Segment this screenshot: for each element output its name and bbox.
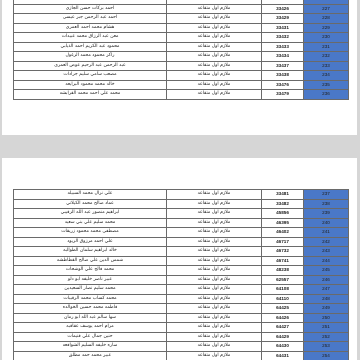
rank-cell: ملازم اول متقاعد	[167, 266, 262, 276]
rank-cell: ملازم اول متقاعد	[167, 4, 262, 14]
index-cell: 236	[304, 90, 349, 100]
rank-cell: ملازم اول متقاعد	[167, 237, 262, 247]
index-cell: 233	[304, 61, 349, 71]
name-cell: عماد صالح محمد الكيلاني	[14, 199, 167, 209]
id-cell: 33431	[262, 23, 304, 33]
index-cell: 241	[304, 228, 349, 238]
name-cell: محمود عبد الكريم احمد الذيابي	[14, 42, 167, 52]
name-cell: احمد عبد الرحمن جبر عيسى	[14, 14, 167, 24]
id-cell: 64426	[262, 313, 304, 323]
index-cell: 229	[304, 23, 349, 33]
rank-cell: ملازم اول متقاعد	[167, 33, 262, 43]
index-cell: 253	[304, 342, 349, 352]
table-row: علي احمد مرزوق الزيود ملازم اول متقاعد 4…	[14, 237, 349, 247]
index-cell: 230	[304, 33, 349, 43]
rank-cell: ملازم اول متقاعد	[167, 247, 262, 257]
name-cell: فاطمه محمد حسين الخوالده	[14, 304, 167, 314]
table-row: حنين جمال علي قنيمات ملازم اول متقاعد 64…	[14, 332, 349, 342]
id-cell: 64429	[262, 332, 304, 342]
name-cell: محمد سليم نصار السعيدين	[14, 285, 167, 295]
table-row: احمد بركات حسن الجازي ملازم اول متقاعد 3…	[14, 4, 349, 14]
index-cell: 246	[304, 275, 349, 285]
rank-cell: ملازم اول متقاعد	[167, 23, 262, 33]
index-cell: 239	[304, 209, 349, 219]
name-cell: مصعب سامي سليم جرادات	[14, 71, 167, 81]
table-row: احمد عبد الرحمن جبر عيسى ملازم اول متقاع…	[14, 14, 349, 24]
id-cell: 46732	[262, 247, 304, 257]
document-page-2: علي نزال محمد السبيله ملازم اول متقاعد 3…	[2, 158, 357, 360]
id-cell: 33438	[262, 71, 304, 81]
name-cell: ابراهيم منصور عبد الله الزقيبي	[14, 209, 167, 219]
id-cell: 33426	[262, 4, 304, 14]
name-cell: احمد بركات حسن الجازي	[14, 4, 167, 14]
name-cell: هشام محمد احمد العمري	[14, 23, 167, 33]
table-row: ساره خليفه السليم الشوافعه ملازم اول متق…	[14, 342, 349, 352]
name-cell: علي احمد مرزوق الزيود	[14, 237, 167, 247]
table-row: علي نزال محمد السبيله ملازم اول متقاعد 3…	[14, 190, 349, 200]
name-cell: عبير محمد حمد مطلق	[14, 351, 167, 360]
name-cell: حنين جمال علي قنيمات	[14, 332, 167, 342]
table-row: شمس الدين علي صالح القطاطشه ملازم اول مت…	[14, 256, 349, 266]
table-row: معن عبد الرزاق محمد عبيدات ملازم اول متق…	[14, 33, 349, 43]
rank-cell: ملازم اول متقاعد	[167, 351, 262, 360]
id-cell: 48238	[262, 266, 304, 276]
name-cell: محمد سليم علي بني سعيد	[14, 218, 167, 228]
index-cell: 251	[304, 323, 349, 333]
id-cell: 33482	[262, 199, 304, 209]
index-cell: 235	[304, 80, 349, 90]
table-row: محمود عبد الكريم احمد الذيابي ملازم اول …	[14, 42, 349, 52]
rank-cell: ملازم اول متقاعد	[167, 61, 262, 71]
id-cell: 33476	[262, 80, 304, 90]
name-cell: محمد علي احمد محمد القرابشه	[14, 90, 167, 100]
rank-cell: ملازم اول متقاعد	[167, 275, 262, 285]
index-cell: 238	[304, 199, 349, 209]
rank-cell: ملازم اول متقاعد	[167, 342, 262, 352]
index-cell: 254	[304, 351, 349, 360]
rank-cell: ملازم اول متقاعد	[167, 71, 262, 81]
index-cell: 247	[304, 285, 349, 295]
index-cell: 234	[304, 71, 349, 81]
id-cell: 45856	[262, 209, 304, 219]
name-cell: خالد محمد محمود البزايعه	[14, 80, 167, 90]
rank-cell: ملازم اول متقاعد	[167, 80, 262, 90]
table-row: مرام احمد يوسف عقاقبه ملازم اول متقاعد 6…	[14, 323, 349, 333]
id-cell: 64108	[262, 285, 304, 295]
id-cell: 46717	[262, 237, 304, 247]
table-row: مصعب سامي سليم جرادات ملازم اول متقاعد 3…	[14, 71, 349, 81]
name-cell: ساره خليفه السليم الشوافعه	[14, 342, 167, 352]
table-row: خالد ابراهيم سلمان الطوالبه ملازم اول مت…	[14, 247, 349, 257]
rank-cell: ملازم اول متقاعد	[167, 14, 262, 24]
rank-cell: ملازم اول متقاعد	[167, 90, 262, 100]
name-cell: مرام احمد يوسف عقاقبه	[14, 323, 167, 333]
id-cell: 64427	[262, 323, 304, 333]
name-cell: معن عبد الرزاق محمد عبيدات	[14, 33, 167, 43]
index-cell: 245	[304, 266, 349, 276]
name-cell: مصطفى محمد محمود زريقات	[14, 228, 167, 238]
rank-cell: ملازم اول متقاعد	[167, 313, 262, 323]
index-cell: 244	[304, 256, 349, 266]
id-cell: 33437	[262, 61, 304, 71]
name-cell: محمد كساب محمد الرقيبات	[14, 294, 167, 304]
table-row: خالد محمد محمود البزايعه ملازم اول متقاع…	[14, 80, 349, 90]
table-row: محمد سليم علي بني سعيد ملازم اول متقاعد …	[14, 218, 349, 228]
id-cell: 33479	[262, 90, 304, 100]
name-cell: شمس الدين علي صالح القطاطشه	[14, 256, 167, 266]
id-cell: 64425	[262, 304, 304, 314]
name-cell: علي نزال محمد السبيله	[14, 190, 167, 200]
index-cell: 242	[304, 237, 349, 247]
table-row: محمد علي احمد محمد القرابشه ملازم اول مت…	[14, 90, 349, 100]
name-cell: محمد فالح علي الوشحات	[14, 266, 167, 276]
id-cell: 33433	[262, 42, 304, 52]
table-row: محمد سليم نصار السعيدين ملازم اول متقاعد…	[14, 285, 349, 295]
table-row: محمد كساب محمد الرقيبات ملازم اول متقاعد…	[14, 294, 349, 304]
rank-cell: ملازم اول متقاعد	[167, 256, 262, 266]
id-cell: 33434	[262, 52, 304, 62]
table-row: محمد فالح علي الوشحات ملازم اول متقاعد 4…	[14, 266, 349, 276]
index-cell: 243	[304, 247, 349, 257]
rank-cell: ملازم اول متقاعد	[167, 228, 262, 238]
id-cell: 33429	[262, 14, 304, 24]
table-row: ابراهيم منصور عبد الله الزقيبي ملازم اول…	[14, 209, 349, 219]
rank-cell: ملازم اول متقاعد	[167, 42, 262, 52]
table-row: مصطفى محمد محمود زريقات ملازم اول متقاعد…	[14, 228, 349, 238]
index-cell: 249	[304, 304, 349, 314]
table-row: سها سالم عبد الله ابو رمان ملازم اول متق…	[14, 313, 349, 323]
name-cell: سها سالم عبد الله ابو رمان	[14, 313, 167, 323]
roster-table-2: علي نزال محمد السبيله ملازم اول متقاعد 3…	[13, 189, 349, 360]
name-cell: راكز محمود محمد الزغول	[14, 52, 167, 62]
id-cell: 46395	[262, 218, 304, 228]
index-cell: 228	[304, 14, 349, 24]
table-row: عماد صالح محمد الكيلاني ملازم اول متقاعد…	[14, 199, 349, 209]
index-cell: 240	[304, 218, 349, 228]
table-row: عبير محمد حمد مطلق ملازم اول متقاعد 6443…	[14, 351, 349, 360]
roster-table-1: حازم فوزي سمير سهاونه ملازم اول متقاعد 3…	[13, 0, 349, 100]
name-cell: خالد ابراهيم سلمان الطوالبه	[14, 247, 167, 257]
id-cell: 64110	[262, 294, 304, 304]
index-cell: 237	[304, 190, 349, 200]
table-row: عبد الرحمن عبد الرحيم عوض العمري ملازم ا…	[14, 61, 349, 71]
index-cell: 250	[304, 313, 349, 323]
index-cell: 252	[304, 332, 349, 342]
id-cell: 33481	[262, 190, 304, 200]
index-cell: 248	[304, 294, 349, 304]
rank-cell: ملازم اول متقاعد	[167, 332, 262, 342]
id-cell: 46402	[262, 228, 304, 238]
id-cell: 62557	[262, 275, 304, 285]
rank-cell: ملازم اول متقاعد	[167, 323, 262, 333]
rank-cell: ملازم اول متقاعد	[167, 209, 262, 219]
id-cell: 46741	[262, 256, 304, 266]
id-cell: 64430	[262, 342, 304, 352]
table-row: هشام محمد احمد العمري ملازم اول متقاعد 3…	[14, 23, 349, 33]
rank-cell: ملازم اول متقاعد	[167, 218, 262, 228]
rank-cell: ملازم اول متقاعد	[167, 52, 262, 62]
table-row: عبير ناصر خليفه ابو دلو ملازم اول متقاعد…	[14, 275, 349, 285]
rank-cell: ملازم اول متقاعد	[167, 190, 262, 200]
rank-cell: ملازم اول متقاعد	[167, 304, 262, 314]
id-cell: 33432	[262, 33, 304, 43]
index-cell: 227	[304, 4, 349, 14]
rank-cell: ملازم اول متقاعد	[167, 294, 262, 304]
table-row: فاطمه محمد حسين الخوالده ملازم اول متقاع…	[14, 304, 349, 314]
name-cell: عبد الرحمن عبد الرحيم عوض العمري	[14, 61, 167, 71]
rank-cell: ملازم اول متقاعد	[167, 285, 262, 295]
index-cell: 231	[304, 42, 349, 52]
name-cell: عبير ناصر خليفه ابو دلو	[14, 275, 167, 285]
document-page-1: حازم فوزي سمير سهاونه ملازم اول متقاعد 3…	[2, 0, 357, 135]
id-cell: 64431	[262, 351, 304, 360]
table-row: راكز محمود محمد الزغول ملازم اول متقاعد …	[14, 52, 349, 62]
index-cell: 232	[304, 52, 349, 62]
rank-cell: ملازم اول متقاعد	[167, 199, 262, 209]
